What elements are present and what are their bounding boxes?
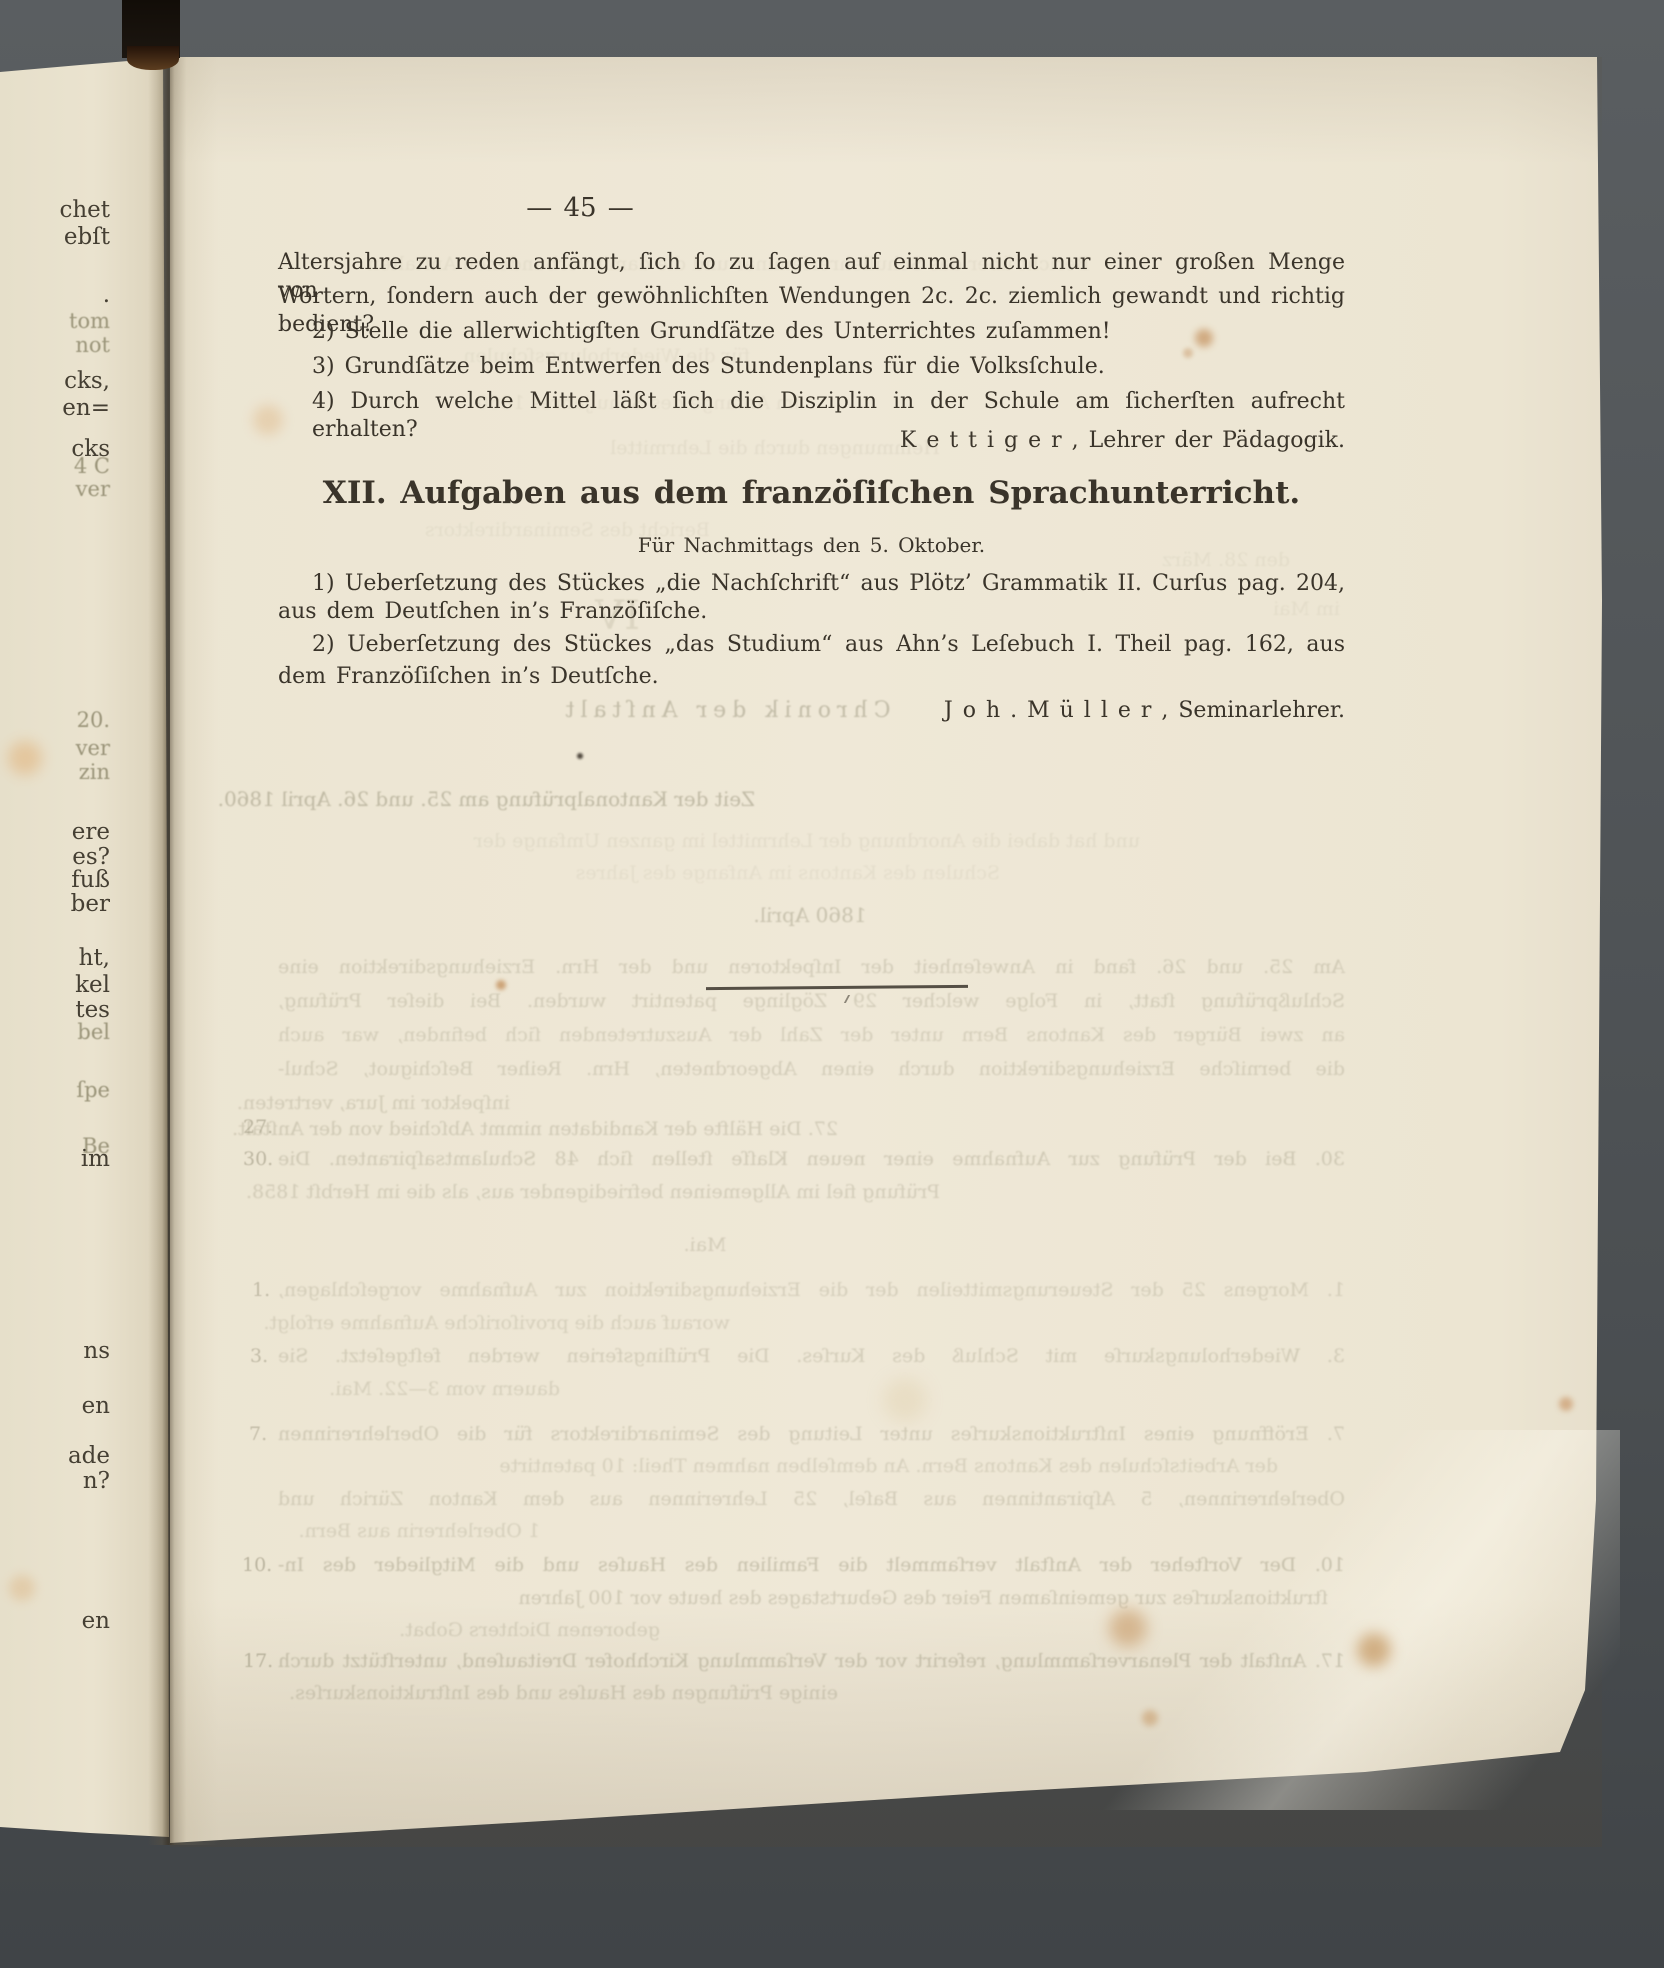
list-item-2: 2) Stelle die allerwichtigſten Grundſätz… [312,318,1111,346]
ghost-month-heading: Mai. [650,1234,760,1257]
ghost-fragment: Hemmungen durch die Lehrmittel [560,437,940,460]
sliver-fragment: im [25,1146,110,1172]
ghost-item-7-line-4: 1 Oberlehrerin aus Bern. [300,1520,540,1543]
french-item-1-line-1: 1) Ueberſetzung des Stückes „die Nachſch… [312,570,1345,598]
sliver-fragment: cks, [25,368,110,394]
ghost-margin-7: 7. [249,1423,267,1445]
sliver-fragment: tom [25,309,110,333]
ghost-fragment: im Mai [1140,598,1340,621]
sliver-fragment: en [25,1608,110,1634]
ghost-fragment: für die Wiederholungsſchulen [330,345,750,368]
ghost-margin-3: 3. [250,1345,268,1367]
french-item-2-line-1: 2) Ueberſetzung des Stückes „das Studium… [312,631,1345,659]
ghost-item-17: 17. Anſtalt der Plenarverſammlung, refer… [278,1650,1345,1673]
section-heading: XII. Aufgaben aus dem franzöſiſchen Spra… [278,474,1345,513]
ghost-date-heading: 1860 April. [720,903,900,927]
ghost-margin-10: 10. [242,1554,272,1576]
sliver-fragment: ere [25,819,110,845]
ghost-margin-30: 30. [243,1148,273,1170]
ghost-paragraph-line: Am 25. und 26. fand in Anweſenheit der I… [278,956,1345,979]
ghost-item-7-line-3: Oberlehrerinnen, 5 Aſpirantinnen aus Baſ… [278,1488,1345,1511]
sliver-fragment: bel [25,1020,110,1044]
ghost-fragment: Schulen des Kantons im Anfange des Jahre… [300,862,1000,885]
page-number: — 45 — [430,192,730,225]
ghost-item-17-line-2: einige Prüfungen des Hauſes und des Inſt… [278,1682,838,1705]
french-item-1-line-2: aus dem Deutſchen in’s Franzöſiſche. [278,598,707,626]
ghost-zeit-line: Zeit der Kantonalprüfung am 25. und 26. … [330,787,755,811]
sliver-fragment: en [25,1393,110,1419]
ghost-item-10: 10. Der Vorſteher der Anſtalt verſammelt… [278,1554,1345,1577]
ghost-margin-27: 27. [243,1116,273,1138]
ghost-fragment: und hat dabei die Anordnung der Lehrmitt… [340,830,1140,853]
ghost-item-10-line-3: geborenen Dichters Gobat. [300,1619,660,1642]
sliver-fragment: chet [25,197,110,223]
ghost-item-30-line-2: Prüfung fiel im Allgemeinen befriedigend… [470,1181,940,1204]
ghost-bericht: Bericht über das Schullehrerſeminar und … [330,253,1090,276]
ghost-paragraph-line: die berniſche Erziehungsdirektion durch … [278,1058,1345,1081]
book-scan-stage: — 45 —Altersjahre zu reden anfängt, ſich… [0,0,1664,1968]
ghost-paragraph-line: inſpektor im Jura, vertreten. [278,1092,510,1115]
sliver-fragment: ns [25,1338,110,1364]
sliver-fragment: n? [25,1468,110,1494]
ghost-item-3: 3. Wiederholungskurſe mit Schluß des Kur… [278,1345,1345,1368]
ghost-item-7: 7. Eröffnung eines Inſtruktionskurſes un… [278,1423,1345,1446]
ghost-margin-17: 17. [243,1650,273,1672]
french-item-2-line-2: dem Franzöſiſchen in’s Deutſche. [278,663,659,691]
sliver-fragment: ver [25,736,110,760]
sliver-fragment: . [25,282,110,308]
sliver-fragment: ver [25,477,110,501]
ghost-numeral-iv: IV [560,592,640,640]
ghost-item-7-line-2: der Arbeitsſchulen des Kantons Bern. An … [278,1455,1278,1478]
sliver-fragment: ber [25,891,110,917]
ghost-item-27: 27. Die Hälfte der Kandidaten nimmt Abſc… [278,1118,838,1141]
ghost-paragraph-line: an zwei Bürger des Kantons Bern unter de… [278,1024,1345,1047]
ghost-fragment: den 28. März [1040,549,1290,572]
ghost-item-1: 1. Morgens 25 der Steuerungsmitteilen de… [278,1279,1345,1302]
sliver-fragment: ſpe [25,1078,110,1102]
ghost-item-1-line-2: worauf auch die proviſoriſche Aufnahme e… [300,1312,730,1335]
sliver-fragment: ht, [25,945,110,971]
ghost-fragment: im Anfange des Schuljahres 1860 [330,392,800,415]
ghost-item-3-line-2: dauern vom 3—22. Mai. [300,1378,560,1401]
ghost-margin-1: 1. [252,1279,270,1301]
bookmark-tab [127,46,179,70]
sliver-fragment: ade [25,1443,110,1469]
sliver-fragment: kel [25,972,110,998]
sliver-fragment: fuß [25,867,110,893]
sliver-fragment: not [25,333,110,357]
ghost-item-10-line-2: ſtruktionskurſes zur gemeinſamen Feier d… [278,1587,1328,1610]
sliver-fragment: 4 C [25,454,110,478]
sliver-fragment: ebſt [25,224,110,250]
ghost-item-30: 30. Bei der Prüfung zur Aufnahme einer n… [278,1148,1345,1171]
sliver-fragment: 20. [25,708,110,732]
sliver-fragment: zin [25,760,110,784]
ghost-fragment: Bericht des Seminardirektors [330,519,710,542]
sliver-fragment: en= [25,395,110,421]
ghost-paragraph-line: Schlußprüfung ſtatt, in Folge welcher 29… [278,990,1345,1013]
ghost-chronik-heading: Chronik der Anſtalt [505,698,945,724]
